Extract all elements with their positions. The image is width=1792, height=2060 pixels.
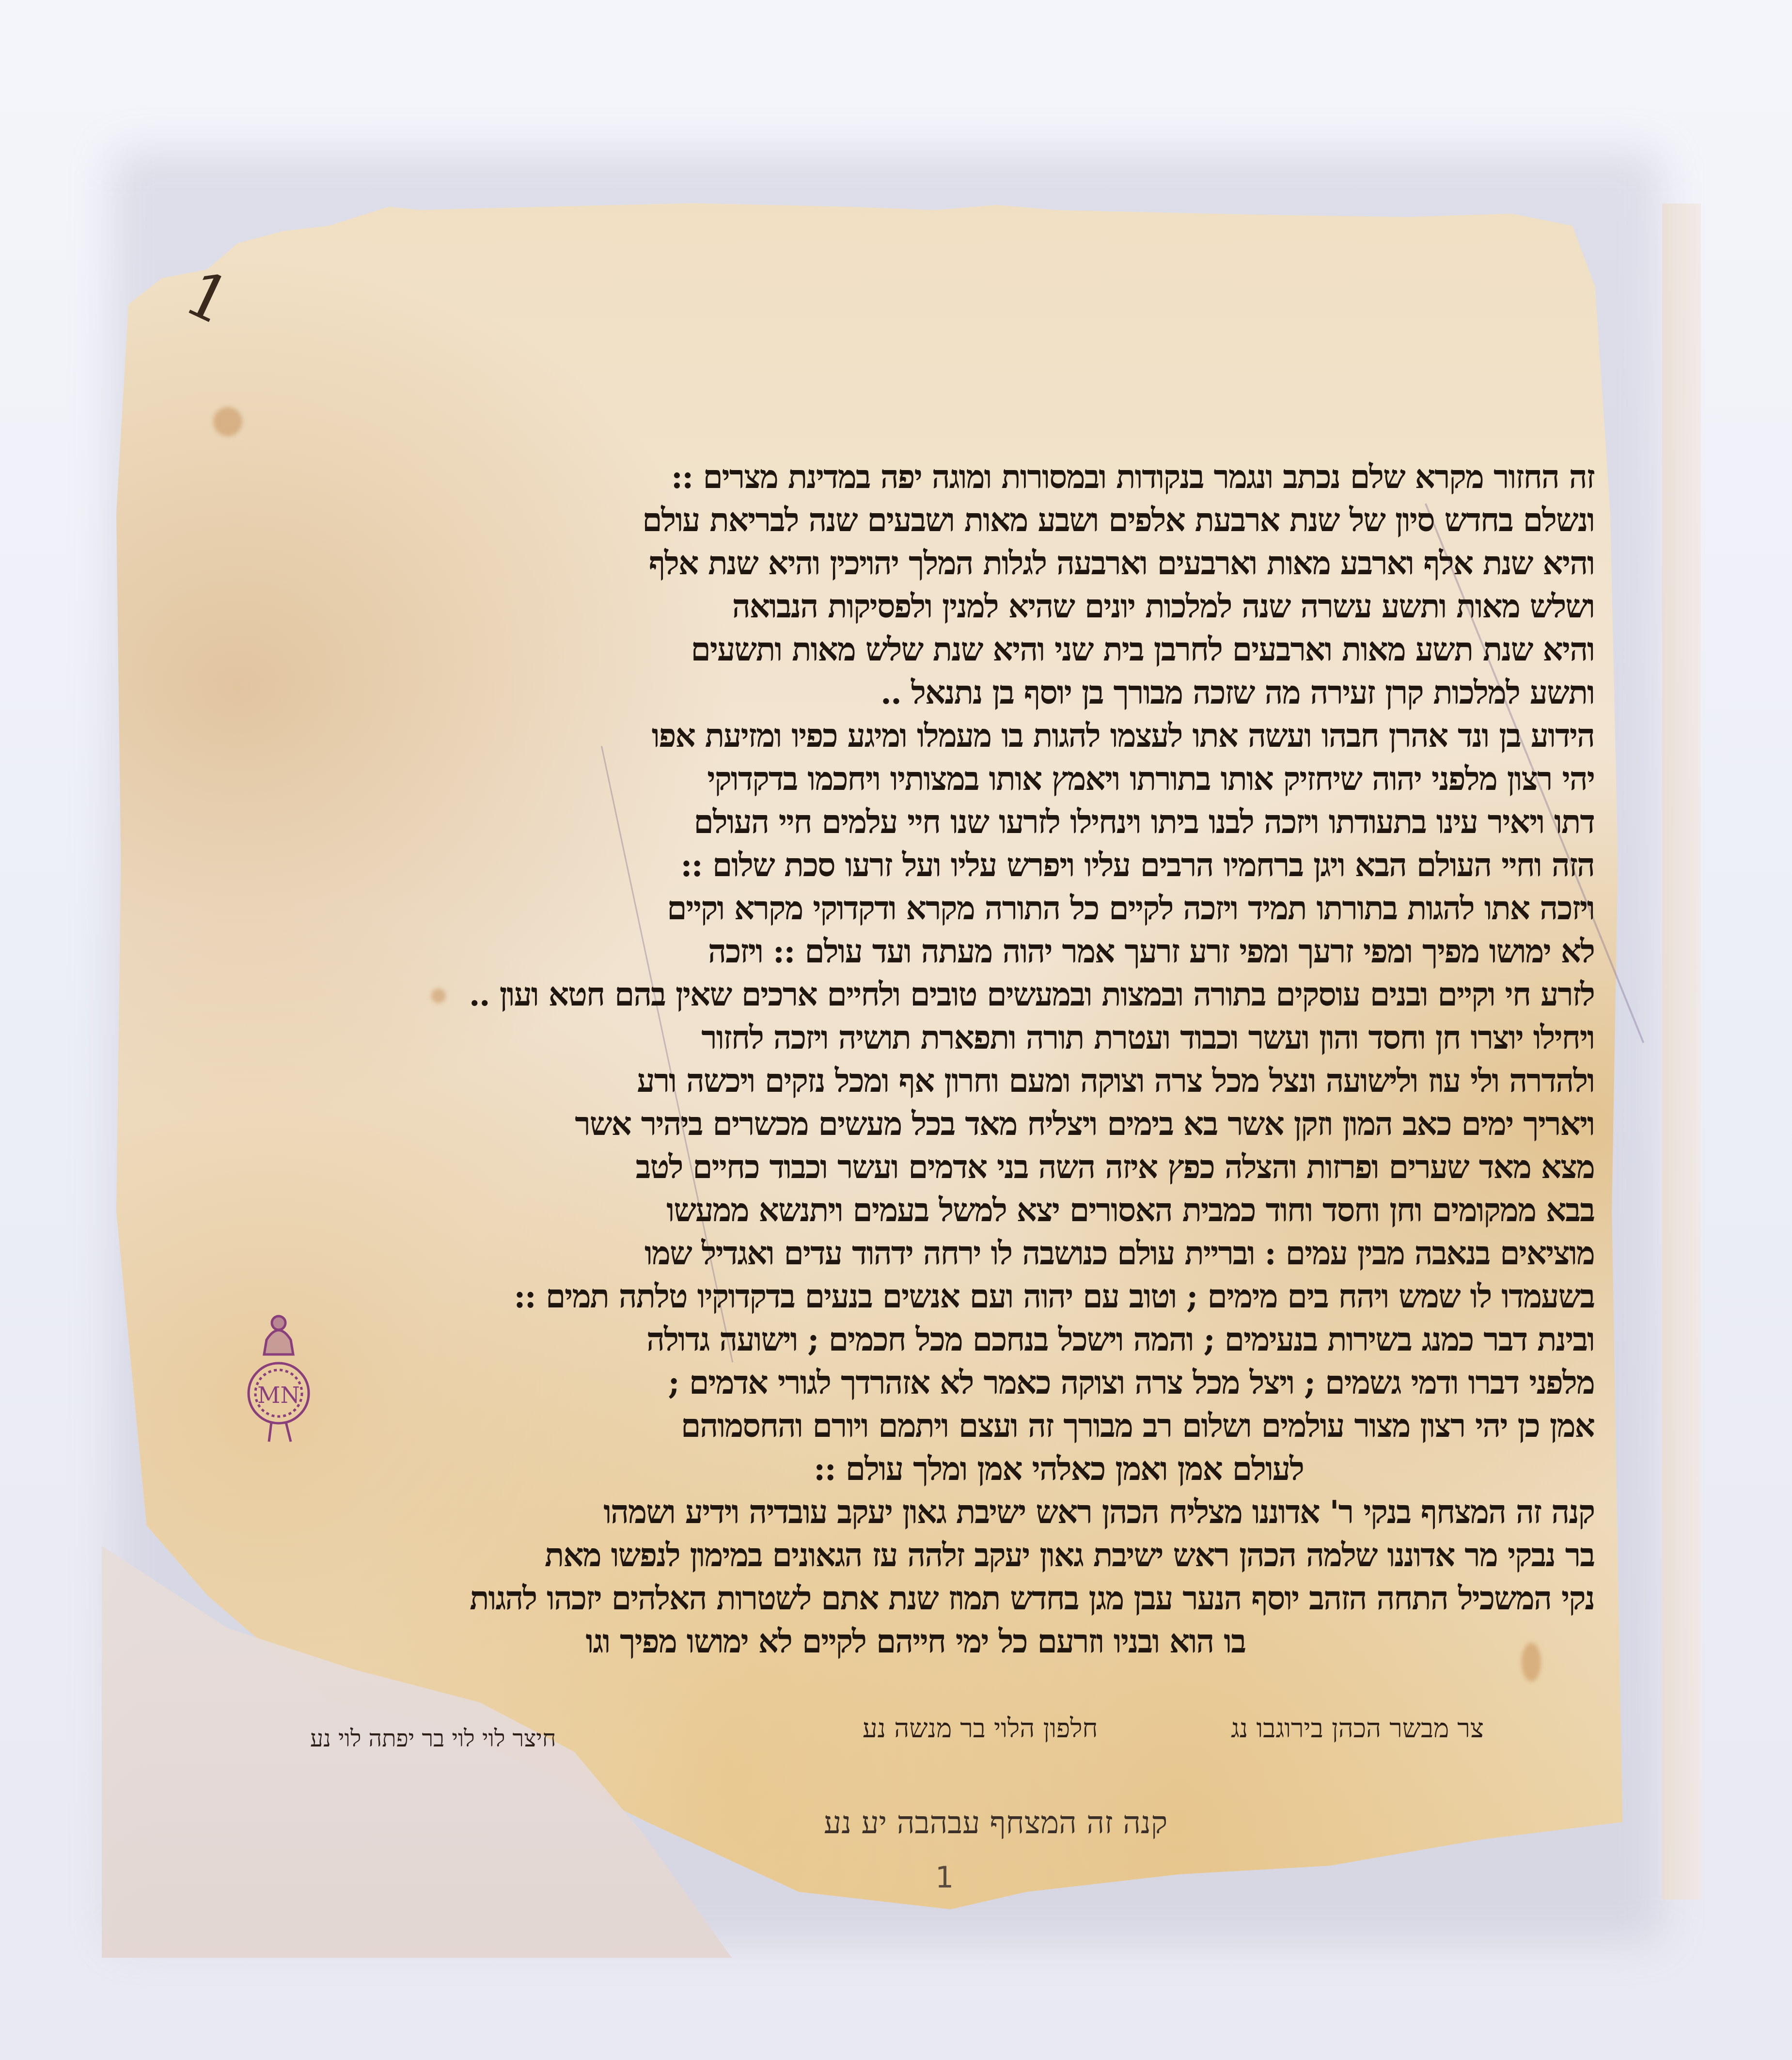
colophon-line: ויחילו יוצרו חן וחסד והון ועשר וכבוד ועט… xyxy=(422,1016,1594,1059)
colophon-line: ויזכה אתו להגות בתורתו תמיד ויזכה לקיים … xyxy=(422,887,1594,930)
colophon-line: ותשע למלכות קרן זעירה מה שזכה מבורך בן י… xyxy=(422,671,1594,714)
witness-signature: צר מבשר הכהן בירוגבו נג xyxy=(1231,1713,1484,1744)
colophon-line: יהי רצון מלפני יהוה שיחזיק אותו בתורתו ו… xyxy=(422,757,1594,801)
colophon-line: לא ימושו מפיך ומפי זרעך ומפי זרע זרעך אמ… xyxy=(422,930,1594,973)
colophon-line: לעולם אמן ואמן כאלהי אמן ומלך עולם :: xyxy=(422,1447,1594,1491)
colophon-line: והיא שנת אלף וארבע מאות וארבעים וארבעה ל… xyxy=(422,542,1594,585)
colophon-line: מלפני דברו ודמי גשמים ; ויצל מכל צרה וצו… xyxy=(422,1361,1594,1404)
colophon-line: דתו ויאיר עינו בתעודתו ויזכה לבנו ביתו ו… xyxy=(422,801,1594,844)
colophon-line: ונשלם בחדש סיון של שנת ארבעת אלפים ושבע … xyxy=(422,499,1594,542)
ownership-line: נקי המשכיל התחה הזהב יוסף הנער עבן מגן ב… xyxy=(422,1577,1594,1620)
colophon-line: בבא ממקומים וחן וחסד וחוד כמבית האסורים … xyxy=(422,1189,1594,1232)
foxing-stain xyxy=(213,407,242,436)
ownership-line: בו הוא ובניו וזרעם כל ימי חייהם לקיים לא… xyxy=(422,1620,1594,1663)
colophon-line: הזה וחיי העולם הבא ויגן ברחמיו הרבים עלי… xyxy=(422,844,1594,887)
colophon-line: מוציאים בנאבה מבין עמים : ובריית עולם כנ… xyxy=(422,1232,1594,1275)
colophon-line: בשעמדו לו שמש ויהח בים מימים ; וטוב עם י… xyxy=(422,1275,1594,1318)
stamp-monogram: MN xyxy=(257,1382,299,1408)
colophon-line: ויאריך ימים כאב המון וזקן אשר בא בימים ו… xyxy=(422,1102,1594,1146)
colophon-line: זה החזור מקרא שלם נכתב ונגמר בנקודות ובמ… xyxy=(422,456,1594,499)
library-stamp-icon: MN xyxy=(245,1311,313,1451)
witness-signature: חלפון הלוי בר מנשה נע xyxy=(863,1713,1098,1744)
witness-signature: חיצר לוי לוי בר יפתה לוי נע xyxy=(310,1725,556,1752)
colophon-line: הידוע בן ונד אהרן חבהו ועשה אתו לעצמו לה… xyxy=(422,714,1594,757)
colophon-line: אמן כן יהי רצון מצור עולמים ושלום רב מבו… xyxy=(422,1404,1594,1447)
colophon-line: ושלש מאות ותשע עשרה שנה למלכות יונים שהי… xyxy=(422,585,1594,628)
colophon-line: ולהדרה ולי עוז ולישועה ונצל מכל צרה וצוק… xyxy=(422,1059,1594,1102)
colophon-line: לזרע חי וקיים ובנים עוסקים בתורה ובמצות … xyxy=(422,973,1594,1016)
colophon-line: והיא שנת תשע מאות וארבעים לחרבן בית שני … xyxy=(422,628,1594,671)
ownership-line: קנה זה המצחף בנקי ר' אדוננו מצליח הכהן ר… xyxy=(422,1491,1594,1534)
repair-strip xyxy=(1662,204,1701,1900)
colophon-line: מצא מאד שערים ופרזות והצלה כפץ איזה השה … xyxy=(422,1146,1594,1189)
later-ownership-note: קנה זה המצחף עבהבה יע נע xyxy=(824,1805,1167,1841)
colophon-text: זה החזור מקרא שלם נכתב ונגמר בנקודות ובמ… xyxy=(422,456,1594,1663)
folio-number-bottom: 1 xyxy=(935,1861,954,1895)
ownership-line: בר נבקי מר אדוננו שלמה הכהן ראש ישיבת גא… xyxy=(422,1534,1594,1577)
colophon-line: ובינת דבר כמנג בשירות בנעימים ; והמה ויש… xyxy=(422,1318,1594,1361)
